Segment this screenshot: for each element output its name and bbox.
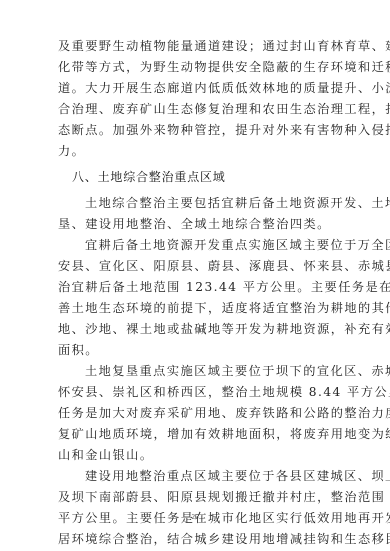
text-line: 力。: [58, 141, 331, 162]
text-line: 安县、宣化区、阳原县、蔚县、涿鹿县、怀来县、赤城县，整: [58, 256, 331, 277]
paragraph-intro: 及重要野生动植物能量通道建设；通过封山育林育草、建设绿 化带等方式，为野生动物提…: [58, 36, 331, 162]
text-line: 善土地生态环境的前提下，适度将适宜整治为耕地的其他草: [58, 298, 331, 319]
text-line: 态断点。加强外来物种管控，提升对外来有害物种入侵抵御能: [58, 120, 331, 141]
text-line: 合治理、废弃矿山生态修复治理和农田生态治理工程，打通生: [58, 99, 331, 120]
text-line: 怀安县、崇礼区和桥西区，整治土地规模 8.44 平方公里。主要: [58, 382, 331, 403]
text-line: 及坝下南部蔚县、阳原县规划搬迁撤并村庄，整治范围 197.90: [58, 487, 331, 508]
paragraph-4: 建设用地整治重点区域主要位于各县区建城区、坝上三县 及坝下南部蔚县、阳原县规划搬…: [58, 466, 331, 550]
text-line: 面积。: [58, 340, 331, 361]
text-line: 宜耕后备土地资源开发重点实施区域主要位于万全区、怀: [58, 235, 331, 256]
text-line: 土地复垦重点实施区域主要位于坝下的宣化区、赤城县、: [58, 361, 331, 382]
text-line: 地、沙地、裸土地或盐碱地等开发为耕地资源，补充有效耕地: [58, 319, 331, 340]
text-line: 土地综合整治主要包括宜耕后备土地资源开发、土地复: [58, 193, 331, 214]
text-line: 任务是加大对废弃采矿用地、废弃铁路和公路的整治力度，恢: [58, 403, 331, 424]
text-line: 建设用地整治重点区域主要位于各县区建城区、坝上三县: [58, 466, 331, 487]
document-page: 及重要野生动植物能量通道建设；通过封山育林育草、建设绿 化带等方式，为野生动物提…: [58, 36, 331, 550]
text-line: 化带等方式，为野生动物提供安全隐蔽的生存环境和迁移通: [58, 57, 331, 78]
page-number: 26: [0, 513, 390, 521]
text-line: 治宜耕后备土地范围 123.44 平方公里。主要任务是在保护和改: [58, 277, 331, 298]
text-line: 居环境综合整治，结合城乡建设用地增减挂钩和生态移民搬迁: [58, 529, 331, 550]
text-line: 垦、建设用地整治、全域土地综合整治四类。: [58, 214, 331, 235]
section-heading: 八、土地综合整治重点区域: [58, 167, 331, 188]
paragraph-3: 土地复垦重点实施区域主要位于坝下的宣化区、赤城县、 怀安县、崇礼区和桥西区，整治…: [58, 361, 331, 466]
text-line: 山和金山银山。: [58, 445, 331, 466]
text-line: 道。大力开展生态廊道内低质低效林地的质量提升、小流域综: [58, 78, 331, 99]
text-line: 及重要野生动植物能量通道建设；通过封山育林育草、建设绿: [58, 36, 331, 57]
paragraph-1: 土地综合整治主要包括宜耕后备土地资源开发、土地复 垦、建设用地整治、全域土地综合…: [58, 193, 331, 235]
paragraph-2: 宜耕后备土地资源开发重点实施区域主要位于万全区、怀 安县、宣化区、阳原县、蔚县、…: [58, 235, 331, 361]
text-line: 复矿山地质环境，增加有效耕地面积，将废弃用地变为绿水青: [58, 424, 331, 445]
